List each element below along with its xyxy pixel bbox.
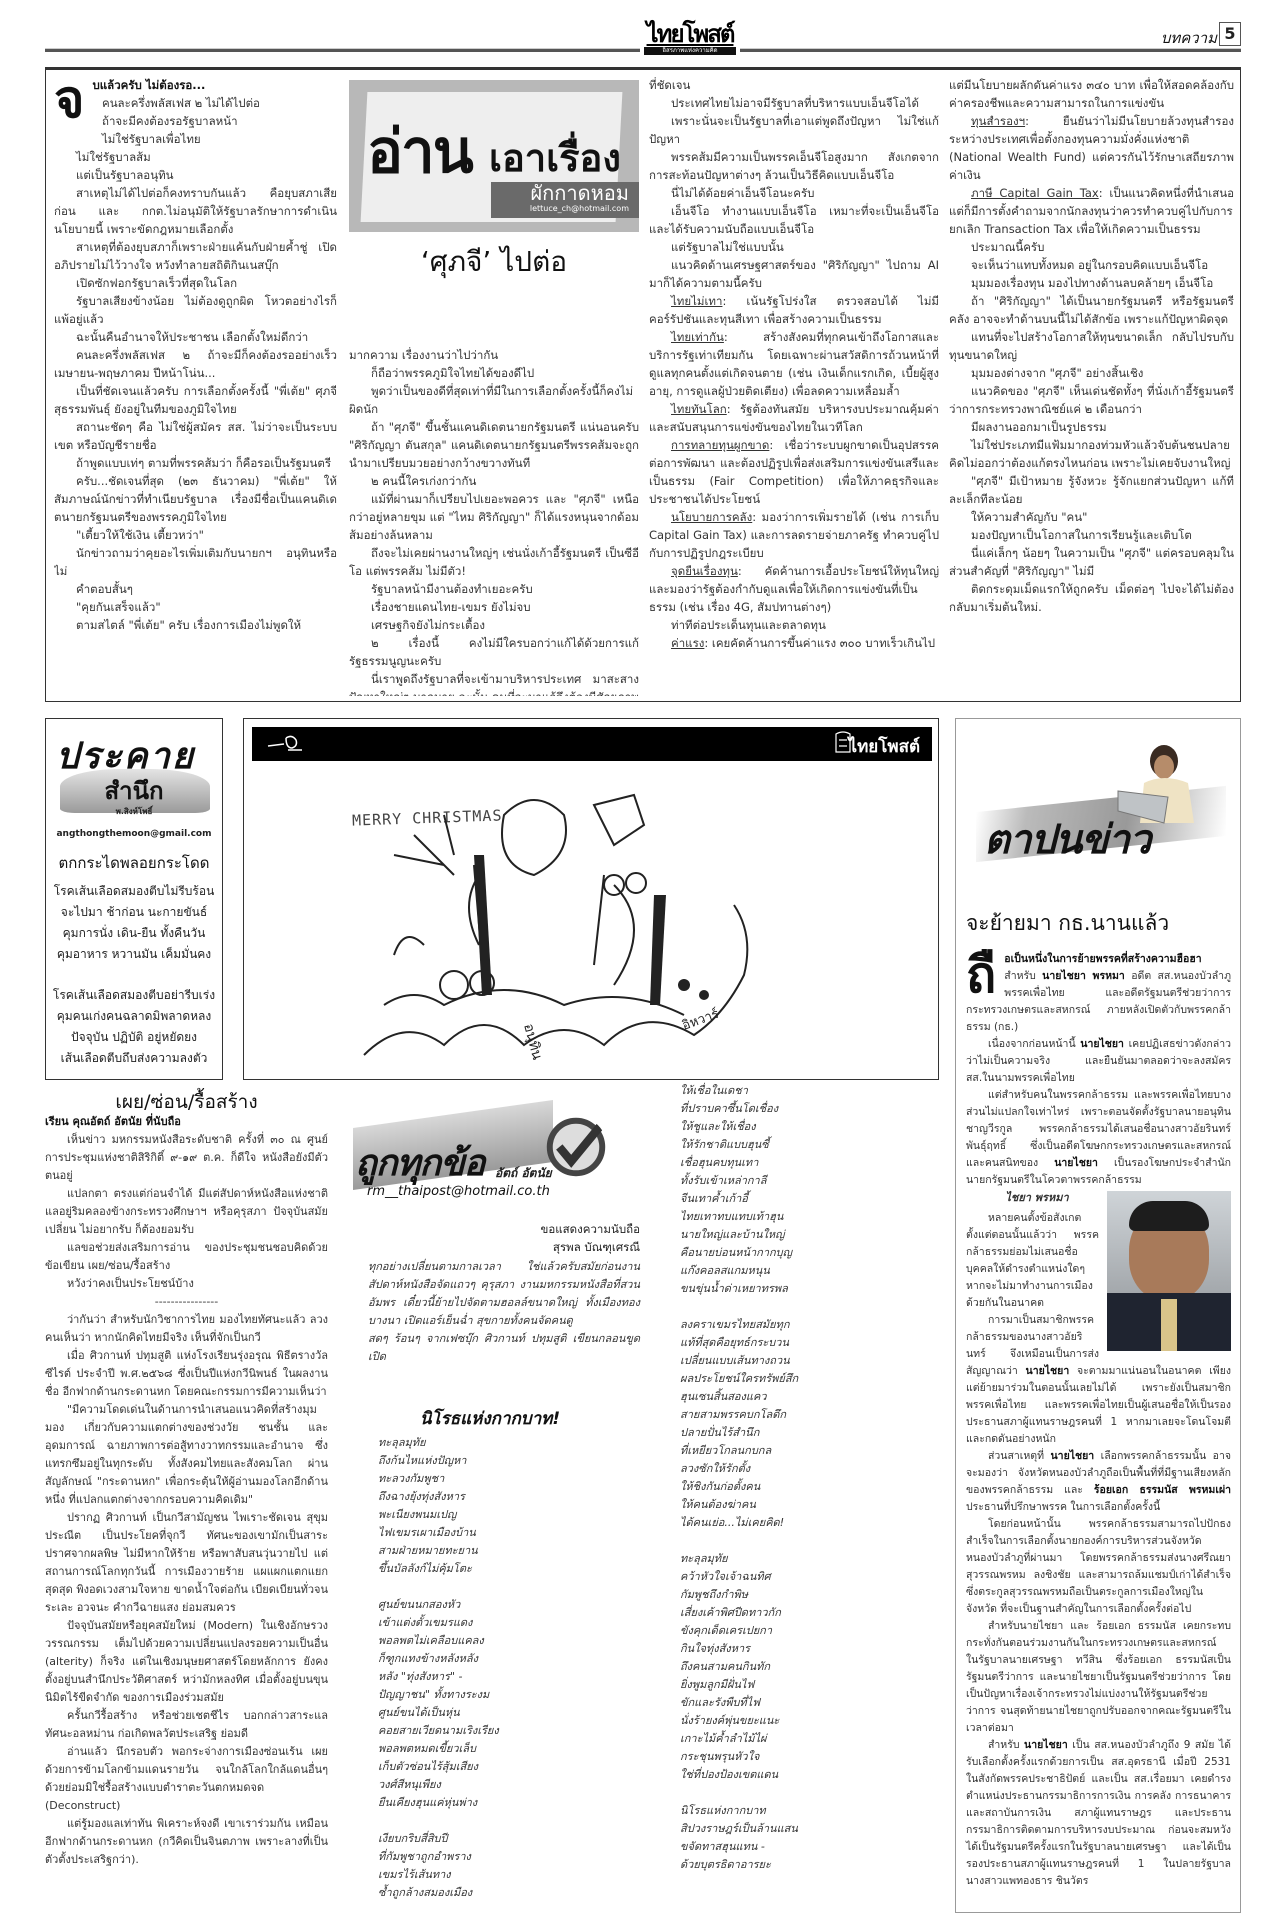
paragraph: เศรษฐกิจยังไม่กระเตื้อง <box>349 616 639 634</box>
verse-line: ให้รักชาติแบบฮุนซี้ <box>680 1136 930 1154</box>
verse-line: ทะลุลมุทัย <box>378 1434 598 1452</box>
verse-line: ยืนเคียงฮุนแค่หุ่นพ่าง <box>378 1794 598 1812</box>
paragraph: ค่าแรง: เคยคัดค้านการขึ้นค่าแรง ๓๐๐ บาทเ… <box>649 634 939 652</box>
verse-line: ลงคราเขมรไทยสมัยทุก <box>680 1316 930 1334</box>
sign-off: ขอแสดงความนับถือ สุรพล บัณฑุเศรณี <box>340 1220 640 1256</box>
verse-line: กัมพูชถึงกำพิษ <box>680 1586 930 1604</box>
article-column-2: มากความ เรื่องงานว่าไปว่ากันก็ถือว่าพรรค… <box>349 346 639 696</box>
reply-logo-word: ถูกทุกข้อ <box>355 1134 484 1191</box>
person-name: ร้อยเอก ธรรมนัส พรหมเผ่า <box>1094 1484 1231 1496</box>
paragraph: แต่รู้มองแลเท่าทัน พิเคราะห์จงดี เขาเราร… <box>45 1815 328 1869</box>
poem-line: เส้นเลือดตีบถึบส่งความลงตัว <box>46 1048 222 1069</box>
verse-line: ด้วยบุตรธิดาอารยะ <box>680 1856 930 1874</box>
verse-line: คว้าหัวใจเจ้าฉนทิศ <box>680 1568 930 1586</box>
paragraph: แต่รัฐบาลไม่ใช่แบบนั้น <box>649 238 939 256</box>
paragraph: เป็นที่ชัดเจนแล้วครับ การเลือกตั้งครั้งน… <box>54 382 337 418</box>
paragraph: สาเหตุที่ต้องยุบสภาก็เพราะฝ่ายแค้นกับฝ่า… <box>54 238 337 274</box>
paragraph: พูดว่าเป็นของดีที่สุดเท่าที่มีในการเลือก… <box>349 382 639 418</box>
poem-email: angthongthemoon@gmail.com <box>46 829 222 839</box>
verse-line: ให้เชื่อในเดชา <box>680 1082 930 1100</box>
verse-line: ได้คนเย่อ...ไม่เคยคิด! <box>680 1514 930 1532</box>
cartoon-label: อนุทิน <box>520 1022 545 1062</box>
column-read-article: จ บแล้วครับ ไม่ต้องรอ... คนละครึ่งพลัสเฟ… <box>45 70 1241 702</box>
logo-tagline: อิสรภาพแห่งความคิด <box>644 47 736 55</box>
paragraph: หวังว่าคงเป็นประโยชน์บ้าง <box>45 1275 328 1293</box>
verse-line: แท้ที่สุดคือยุทธ์กระบวน <box>680 1334 930 1352</box>
verse-line: ศูนย์ขนนกสองหัว <box>378 1596 598 1614</box>
lead-line: อเป็นหนึ่งในการย้ายพรรคที่สร้างความฮือฮา <box>1004 953 1201 965</box>
paragraph: นี่ไม่ได้ด้อยค่าเอ็นจีโอนะครับ <box>649 184 939 202</box>
paragraph: ภาษี Capital Gain Tax: เป็นแนวคิดหนึ่งที… <box>949 184 1234 238</box>
verse-line: ให้ชิงกันก่อตั้งคน <box>680 1478 930 1496</box>
letter-column: เผย/ซ่อน/รื้อสร้าง เรียน คุณอัตถ์ อัตนัย… <box>45 1093 328 1869</box>
paragraph: "ศุภจี" มีเป้าหมาย รู้จังหวะ รู้จักแยกส่… <box>949 472 1234 508</box>
paragraph: "เตี้ยวให้ใช้เงิน เตี้ยวหว่า" <box>54 526 337 544</box>
editorial-cartoon: ไทยโพสต์ MERRY CHRISTMAS อนุทิน อิหวาร์ <box>243 718 939 1080</box>
paragraph: ว่ากันว่า สำหรับนักวิชาการไทย มองไทยทัศน… <box>45 1311 328 1347</box>
paragraph: นักข่าวถามว่าคุยอะไรเพิ่มเติมกับนายกฯ อน… <box>54 544 337 580</box>
verse-line: ถึงฉางยุ้งทุ่งสังหาร <box>378 1488 598 1506</box>
verse-line: เขมรไร้เส้นทาง <box>378 1866 598 1884</box>
article-column-3: ที่ชัดเจนประเทศไทยไม่อาจมีรัฐบาลที่บริหา… <box>649 76 939 696</box>
verse-line: ลวงซักให้รักตั้ง <box>680 1460 930 1478</box>
paragraph: ประเทศไทยไม่อาจมีรัฐบาลที่บริหารแบบเอ็นจ… <box>649 94 939 112</box>
paragraph: นี่แค่เล็กๆ น้อยๆ ในความเป็น "ศุภจี" แต่… <box>949 544 1234 580</box>
verse-line: ไฟเขมรเผาเมืองบ้าน <box>378 1524 598 1542</box>
section-label: บทความ <box>1161 26 1217 50</box>
verse-line: คือนายบ่อนหน้ากากบุญ <box>680 1244 930 1262</box>
verse-line: ถึงคนสามคนกินทัก <box>680 1658 930 1676</box>
paragraph: มีผลงานออกมาเป็นรูปธรรม <box>949 418 1234 436</box>
verse-line: นิโรธแห่งกากบาท <box>680 1802 930 1820</box>
paragraph: ครั้นกวีรื้อสร้าง หรือช่วยเชตชีไร บอกกล่… <box>45 1707 328 1743</box>
paragraph: ตามสไตล์ "พี่เต้ย" ครับ เรื่องการเมืองไม… <box>54 616 337 634</box>
verse-line: ที่กัมพูชาถูกอำพราง <box>378 1848 598 1866</box>
paragraph: เปิดซักฟอกรัฐบาลเร็วที่สุดในโลก <box>54 274 337 292</box>
verse-line: ไทยเทาทบแทบเท้าฮุน <box>680 1208 930 1226</box>
column-banner: อ่าน เอาเรื่อง ผักกาดหอม lettuce_ch@hotm… <box>349 80 639 232</box>
cartoon-drawing-icon: อนุทิน อิหวาร์ <box>354 775 824 1075</box>
paragraph: "มีความโดดเด่นในด้านการนำเสนอแนวคิดที่สร… <box>45 1401 328 1509</box>
news-headline: จะย้ายมา กธ.นานแล้ว <box>966 907 1231 940</box>
verse-right-column: ให้เชื่อในเดชาที่ปราบคาซึ้นโดเชื่องให้ชู… <box>680 1082 930 1874</box>
lead-line: บแล้วครับ ไม่ต้องรอ... <box>54 76 337 94</box>
verse-line: หลัง "ทุ่งสังหาร" - <box>378 1668 598 1686</box>
verse-line: เกาะไม้ค้ำลำไม้ไผ่ <box>680 1730 930 1748</box>
paragraph: แนวคิดของ "ศุภจี" เห็นเด่นชัดทั้งๆ ที่นั… <box>949 382 1234 418</box>
banner-title-small: เอาเรื่อง <box>489 138 621 178</box>
reply-email: rm__thaipost@hotmail.co.th <box>367 1184 550 1199</box>
verse-line: ทั้งรับเข้าเหล่ากาลี <box>680 1172 930 1190</box>
verse-line: ยิ่งพูมลูกมีฝั่นไฟ <box>680 1676 930 1694</box>
paragraph: ถ้าพูดแบบเท่ๆ ตามที่พรรคส้มว่า ก็คือรอเป… <box>54 454 337 472</box>
banner-author-bar: ผักกาดหอม lettuce_ch@hotmail.com <box>491 182 639 218</box>
poem-line: คุมการนั่ง เดิน-ยืน ทั้งคืนวัน <box>46 923 222 944</box>
person-name: นายไชยา <box>1051 1450 1095 1462</box>
paragraph: สถานะชัดๆ คือ ไม่ใช่ผู้สมัคร สส. ไม่ว่าจ… <box>54 418 337 454</box>
verse-line: เงียบกริบสี่สิบปี <box>378 1830 598 1848</box>
paragraph: ไทยทันโลก: รัฐต้องทันสมัย บริหารงบประมาณ… <box>649 400 939 436</box>
paragraph: แลขอช่วยส่งเสริมการอ่าน ของประชุมชนชอบคิ… <box>45 1239 328 1275</box>
paragraph: ท่าทีต่อประเด็นทุนและตลาดทุน <box>649 616 939 634</box>
person-name: นายไชยา <box>1054 1157 1098 1169</box>
article-column-1: จ บแล้วครับ ไม่ต้องรอ... คนละครึ่งพลัสเฟ… <box>54 76 337 696</box>
verse-line: ถึงก้นไหแห่งปัญหา <box>378 1452 598 1470</box>
paragraph: มองปัญหาเป็นโอกาสในการเรียนรู้และเติบโต <box>949 526 1234 544</box>
paragraph: นี่เราพูดถึงรัฐบาลที่จะเข้ามาบริหารประเท… <box>349 670 639 696</box>
paragraph: ไทยไม่เทา: เน้นรัฐโปร่งใส ตรวจสอบได้ ไม่… <box>649 292 939 328</box>
letter-paragraphs: เห็นข่าว มหกรรมหนังสือระดับชาติ ครั้งที่… <box>45 1131 328 1293</box>
verse-line: ปัญญาชน" ทั้งทางระงม <box>378 1686 598 1704</box>
verse-line: ทะลวงกัมพูชา <box>378 1470 598 1488</box>
paragraph: จุดยืนเรื่องทุน: คัดค้านการเอื้อประโยชน์… <box>649 562 939 616</box>
paragraph: เห็นข่าว มหกรรมหนังสือระดับชาติ ครั้งที่… <box>45 1131 328 1185</box>
paragraph: เพราะนั่นจะเป็นรัฐบาลที่เอาแต่พูดถึงปัญห… <box>649 112 939 148</box>
poem-line: คุมคนเก่งคนฉลาดมิพลาดหลง <box>46 1006 222 1027</box>
letter-paragraphs-2: ว่ากันว่า สำหรับนักวิชาการไทย มองไทยทัศน… <box>45 1311 328 1869</box>
verse-line: พอลพตหมดเขี้ยวเล็บ <box>378 1740 598 1758</box>
indented-line: คนละครึ่งพลัสเฟส ๒ ไม่ได้ไปต่อ <box>54 94 337 112</box>
paragraph: ทุนสำรองฯ: ยืนยันว่าไม่มีนโยบายล้วงทุนสำ… <box>949 112 1234 184</box>
verse-line: ขจัดทาสฮุนแทน - <box>680 1838 930 1856</box>
paragraph: ครับ...ชัดเจนที่สุด (๒๓ ธันวาคม) "พี่เต้… <box>54 472 337 526</box>
paragraph: แต่เป็นรัฐบาลอนุทิน <box>54 166 337 184</box>
indented-line: ถ้าจะมีคงต้องรอรัฐบาลหน้า <box>54 112 337 130</box>
logo-name: ไทยโพสต์ <box>640 22 740 46</box>
paragraph: แม้ที่ผ่านมาก็เปรียบไปเยอะพอควร และ "ศุภ… <box>349 490 639 544</box>
paragraph: คำตอบสั้นๆ <box>54 580 337 598</box>
verse-line: คอยสายเวียดนามเริงเรียง <box>378 1722 598 1740</box>
paragraph: ติดกระดุมเม็ดแรกให้ถูกครับ เม็ดต่อๆ ไปจะ… <box>949 580 1234 616</box>
verse-line: ซ้ำถูกล้างสมองเมือง <box>378 1884 598 1902</box>
paragraph: ๒ คนนี้ใครเก่งกว่ากัน <box>349 472 639 490</box>
poem-box: ประคาย สำนึก พ.สิงห์โพธิ์ angthongthemoo… <box>45 718 223 1080</box>
person-name: นายไชยา <box>1024 1739 1068 1751</box>
poem-line: โรคเส้นเลือดสมองตีบไม่รีบร้อน <box>46 881 222 902</box>
paragraph: สำหรับนายไชยา และ ร้อยเอก ธรรมนัส เคยกระ… <box>966 1618 1231 1737</box>
verse-line: ขนขุ่นน้ำด่าเหยาทรพล <box>680 1280 930 1298</box>
verse-line: เก็บตัวซ่อนไร้สุ้มเสียง <box>378 1758 598 1776</box>
person-name: นายไชยา <box>1080 1038 1124 1050</box>
paragraph: แนวคิดด้านเศรษฐศาสตร์ของ "ศิริกัญญา" ไปถ… <box>649 256 939 292</box>
paragraph: มากความ เรื่องงานว่าไปว่ากัน <box>349 346 639 364</box>
reply-intro-text: ทุกอย่างเปลี่ยนตามกาลเวลา ใช่แล้วครับสมั… <box>368 1258 640 1330</box>
verse-line: ใช่ที่ปองป้องเขตแดน <box>680 1766 930 1784</box>
paragraph: เมื่อ ศิวกานท์ ปทุมสูติ แห่งโรงเรียนรุ่ง… <box>45 1347 328 1401</box>
news-column-title: ตาปนข่าว <box>984 807 1150 871</box>
verse-line: เข้าแต่งตั้วเขมรแดง <box>378 1614 598 1632</box>
paragraph: ไทยเท่ากัน: สร้างสังคมที่ทุกคนเข้าถึงโอก… <box>649 328 939 400</box>
paragraph: มุมมองต่างจาก "ศุภจี" อย่างสิ้นเชิง <box>949 364 1234 382</box>
paragraph: ที่ชัดเจน <box>649 76 939 94</box>
verse-line: ขังคุกเด็ดเครเปยกา <box>680 1622 930 1640</box>
paragraph: ปัจจุบันสมัยหรือยุคสมัยใหม่ (Modern) ในเ… <box>45 1617 328 1707</box>
letter-greeting: เรียน คุณอัตถ์ อัตนัย ที่นับถือ <box>45 1113 328 1131</box>
reply-intro: ทุกอย่างเปลี่ยนตามกาลเวลา ใช่แล้วครับสมั… <box>368 1258 640 1366</box>
paragraph: ถ้า "ศุภจี" ขึ้นชั้นแคนดิเดตนายกรัฐมนตรี… <box>349 418 639 472</box>
masthead: ไทยโพสต์ อิสรภาพแห่งความคิด บทความ 5 <box>45 20 1241 60</box>
news-body: ถือเป็นหนึ่งในการย้ายพรรคที่สร้างความฮือ… <box>966 951 1231 1890</box>
paragraph: โดยก่อนหน้านั้น พรรคกล้าธรรมสามารถไปปักธ… <box>966 1516 1231 1618</box>
column-1-paragraphs: ไม่ใช่รัฐบาลส้มแต่เป็นรัฐบาลอนุทินสาเหตุ… <box>54 148 337 634</box>
paragraph: "คุยกันเสร็จแล้ว" <box>54 598 337 616</box>
verse-line: นายใหญ่และบ้านใหญ่ <box>680 1226 930 1244</box>
signer-name: สุรพล บัณฑุเศรณี <box>340 1238 640 1256</box>
paragraph: การทลายทุนผูกขาด: เชื่อว่าระบบผูกขาดเป็น… <box>649 436 939 508</box>
poem-line: จะไปมา ช้าก่อน นะกายขันธ์ <box>46 902 222 923</box>
paragraph: รัฐบาลหน้ามีงานต้องทำเยอะครับ <box>349 580 639 598</box>
photo-caption: ไชยา พรหมา <box>975 1189 1099 1206</box>
paragraph: สาเหตุไม่ได้ไปต่อก็คงทราบกันแล้ว คือยุบส… <box>54 184 337 238</box>
indented-line: ไม่ใช่รัฐบาลเพื่อไทย <box>54 130 337 148</box>
verse-line: เปลี่ยนแบบเส้นทางถวน <box>680 1352 930 1370</box>
verse-line: นั่งร้ายงค์พุ่นขยะแนะ <box>680 1712 930 1730</box>
verse-line: จีนเทาค้ำเก้าอี้ <box>680 1190 930 1208</box>
verse-line: แก๊งคอลสแกมหนุน <box>680 1262 930 1280</box>
article-column-4: แต่มีนโยบายผลักดันค่าแรง ๓๔๐ บาท เพื่อให… <box>949 76 1234 696</box>
news-column-logo: ตาปนข่าว <box>966 729 1231 869</box>
paragraph: เรื่องชายแดนไทย-เขมร ยังไม่จบ <box>349 598 639 616</box>
article-headline: ‘ศุภจี’ ไปต่อ <box>349 242 639 282</box>
paragraph: มุมมองเรื่องทุน มองไปทางด้านลบคล้ายๆ เอ็… <box>949 274 1234 292</box>
cartoon-header-bar: ไทยโพสต์ <box>252 727 932 761</box>
poem-column-logo: ประคาย สำนึก พ.สิงห์โพธิ์ <box>46 719 222 827</box>
paragraph: ประมาณนี้ครับ <box>949 238 1234 256</box>
paragraph: ถึงจะไม่เคยผ่านงานใหญ่ๆ เช่นนั่งเก้าอี้ร… <box>349 544 639 580</box>
cartoon-brand: ไทยโพสต์ <box>849 733 920 760</box>
verse-line: สิปวงราษฎร์เป็นล้านแสน <box>680 1820 930 1838</box>
reply-column-logo: ถูกทุกข้อ อัตถ์ อัตนัย rm__thaipost@hotm… <box>345 1096 655 1201</box>
paragraph: จะเห็นว่าแทบทั้งหมด อยู่ในกรอบคิดแบบเอ็น… <box>949 256 1234 274</box>
paragraph: แต่มีนโยบายผลักดันค่าแรง ๓๔๐ บาท เพื่อให… <box>949 76 1234 112</box>
reply-author: อัตถ์ อัตนัย <box>495 1164 552 1183</box>
paragraph: แทนที่จะไปสร้างโอกาสให้ทุนขนาดเล็ก กลับไ… <box>949 328 1234 364</box>
letter-title: เผย/ซ่อน/รื้อสร้าง <box>45 1093 328 1111</box>
paragraph: รัฐบาลเสียงข้างน้อย ไม่ต้องดูถูกผิด โหวต… <box>54 292 337 328</box>
verse-line: ปลายปั่นไร้สำนึก <box>680 1424 930 1442</box>
verse-line: กินใจทุ่งสังหาร <box>680 1640 930 1658</box>
verse-line: ให้ชูและให้เชื่อง <box>680 1118 930 1136</box>
paragraph: ไม่ใช่ประเภทมีแฟ้มมากองท่วมหัวแล้วจับต้น… <box>949 436 1234 472</box>
checkmark-icon <box>545 1116 607 1178</box>
cartoonist-mascot-icon <box>266 732 314 756</box>
verse-line: ให้คนต้องฆ่าคน <box>680 1496 930 1514</box>
paragraph: แปลกตา ตรงแต่ก่อนจำได้ มีแต่สัปดาห์หนังส… <box>45 1185 328 1239</box>
verse-left-column: ทะลุลมุทัยถึงก้นไหแห่งปัญหาทะลวงกัมพูชาถ… <box>378 1434 598 1902</box>
portrait-photo <box>1107 1191 1231 1351</box>
separator: ---------------- <box>45 1293 328 1311</box>
newspaper-logo: ไทยโพสต์ อิสรภาพแห่งความคิด <box>640 22 740 56</box>
poem-line: โรคเส้นเลือดสมองตีบอย่ารีบเร่ง <box>46 985 222 1006</box>
verse-line: สายสามพรรคบกโลดึก <box>680 1406 930 1424</box>
verse-line: ผลประโยชน์ใครทรัพย์สึก <box>680 1370 930 1388</box>
page-number: 5 <box>1219 22 1241 46</box>
verse-line: พอลพตไม่เคลือบแคลง <box>378 1632 598 1650</box>
verse-line: สามฝ่ายหมายทะยาน <box>378 1542 598 1560</box>
paragraph: ก็ถือว่าพรรคภูมิใจไทยได้ของดีไป <box>349 364 639 382</box>
paragraph: คนละครึ่งพลัสเฟส ๒ ถ้าจะมีก็คงต้องรออย่า… <box>54 346 337 382</box>
verse-line: ก็ฑูกแทงข้างหลังหลัง <box>378 1650 598 1668</box>
verse-line: ขึ้นบัลลังก์ไม่คุ้มโตะ <box>378 1560 598 1578</box>
verse-line: ที่เหยียวโกลนกบกล <box>680 1442 930 1460</box>
verse-line: ที่ปราบคาซึ้นโดเชื่อง <box>680 1100 930 1118</box>
dropcap: จ <box>54 76 84 124</box>
news-column: ตาปนข่าว จะย้ายมา กธ.นานแล้ว ถือเป็นหนึ่… <box>955 718 1241 1913</box>
paragraph: ไม่ใช่รัฐบาลส้ม <box>54 148 337 166</box>
sign-off-line: ขอแสดงความนับถือ <box>340 1220 640 1238</box>
verse-line: เชื่อฮุนคบทุนเทา <box>680 1154 930 1172</box>
paragraph: ถ้า "ศิริกัญญา" ได้เป็นนายกรัฐมนตรี หรือ… <box>949 292 1234 328</box>
verse-line: พะเนียงพนมเปญ <box>378 1506 598 1524</box>
paragraph: นโยบายการคลัง: มองว่าการเพิ่มรายได้ (เช่… <box>649 508 939 562</box>
verse-line: ขักและรังพืบที่ไฟ <box>680 1694 930 1712</box>
paragraph: ให้ความสำคัญกับ "คน" <box>949 508 1234 526</box>
poem-line: ปัจจุบัน ปฏิบัติ อยู่หยัดยง <box>46 1027 222 1048</box>
verse-line: ศูนย์ขนได้เป็นหุ่น <box>378 1704 598 1722</box>
paragraph: พรรคส้มมีความเป็นพรรคเอ็นจีโอสูงมาก สังเ… <box>649 148 939 184</box>
verse-line: กระชุนพรุนหัวใจ <box>680 1748 930 1766</box>
columnist-name: ผักกาดหอม <box>530 181 629 205</box>
paragraph: ปรากฏ ศิวกานท์ เป็นกวีสามัญชน ไพเราะชัดเ… <box>45 1509 328 1617</box>
paragraph: ฉะนั้นคืนอำนาจให้ประชาชน เลือกตั้งใหม่ดี… <box>54 328 337 346</box>
verse-line: ทะลุลมุทัย <box>680 1550 930 1568</box>
paragraph: ๒ เรื่องนี้ คงไม่มีใครบอกว่าแก้ได้ด้วยกา… <box>349 634 639 670</box>
paragraph: อ่านแล้ว นึกรอบตัว พอกระจ่างการเมืองซ่อน… <box>45 1743 328 1815</box>
verse-title: นิโรธแห่งกากบาท! <box>340 1405 640 1432</box>
verse-line: วงศ์สีหนุเพียง <box>378 1776 598 1794</box>
poem-author: พ.สิงห์โพธิ์ <box>46 805 222 818</box>
paragraph: เอ็นจีโอ ทำงานแบบเอ็นจีโอ เหมาะที่จะเป็น… <box>649 202 939 238</box>
verse-line: ฮุนเซนสิ้นสองแคว <box>680 1388 930 1406</box>
dropcap: ถื <box>966 953 996 997</box>
banner-title-big: อ่าน <box>367 122 472 182</box>
person-name: นายไชยา <box>1026 1365 1070 1377</box>
verse-line: เสี่ยงเค้าพิศปีดทาวกัก <box>680 1604 930 1622</box>
poem-title: ตกกระไดพลอยกระโดด <box>46 851 222 875</box>
columnist-email: lettuce_ch@hotmail.com <box>491 204 629 214</box>
person-name: นายไชยา พรหมา <box>1042 970 1125 982</box>
poem-line: คุมอาหาร หวานมัน เค็มมั่นคง <box>46 944 222 965</box>
reply-intro-text: สดๆ ร้อนๆ จากเฟซบุ๊ก ศิวกานท์ ปทุมสูติ เ… <box>368 1330 640 1366</box>
